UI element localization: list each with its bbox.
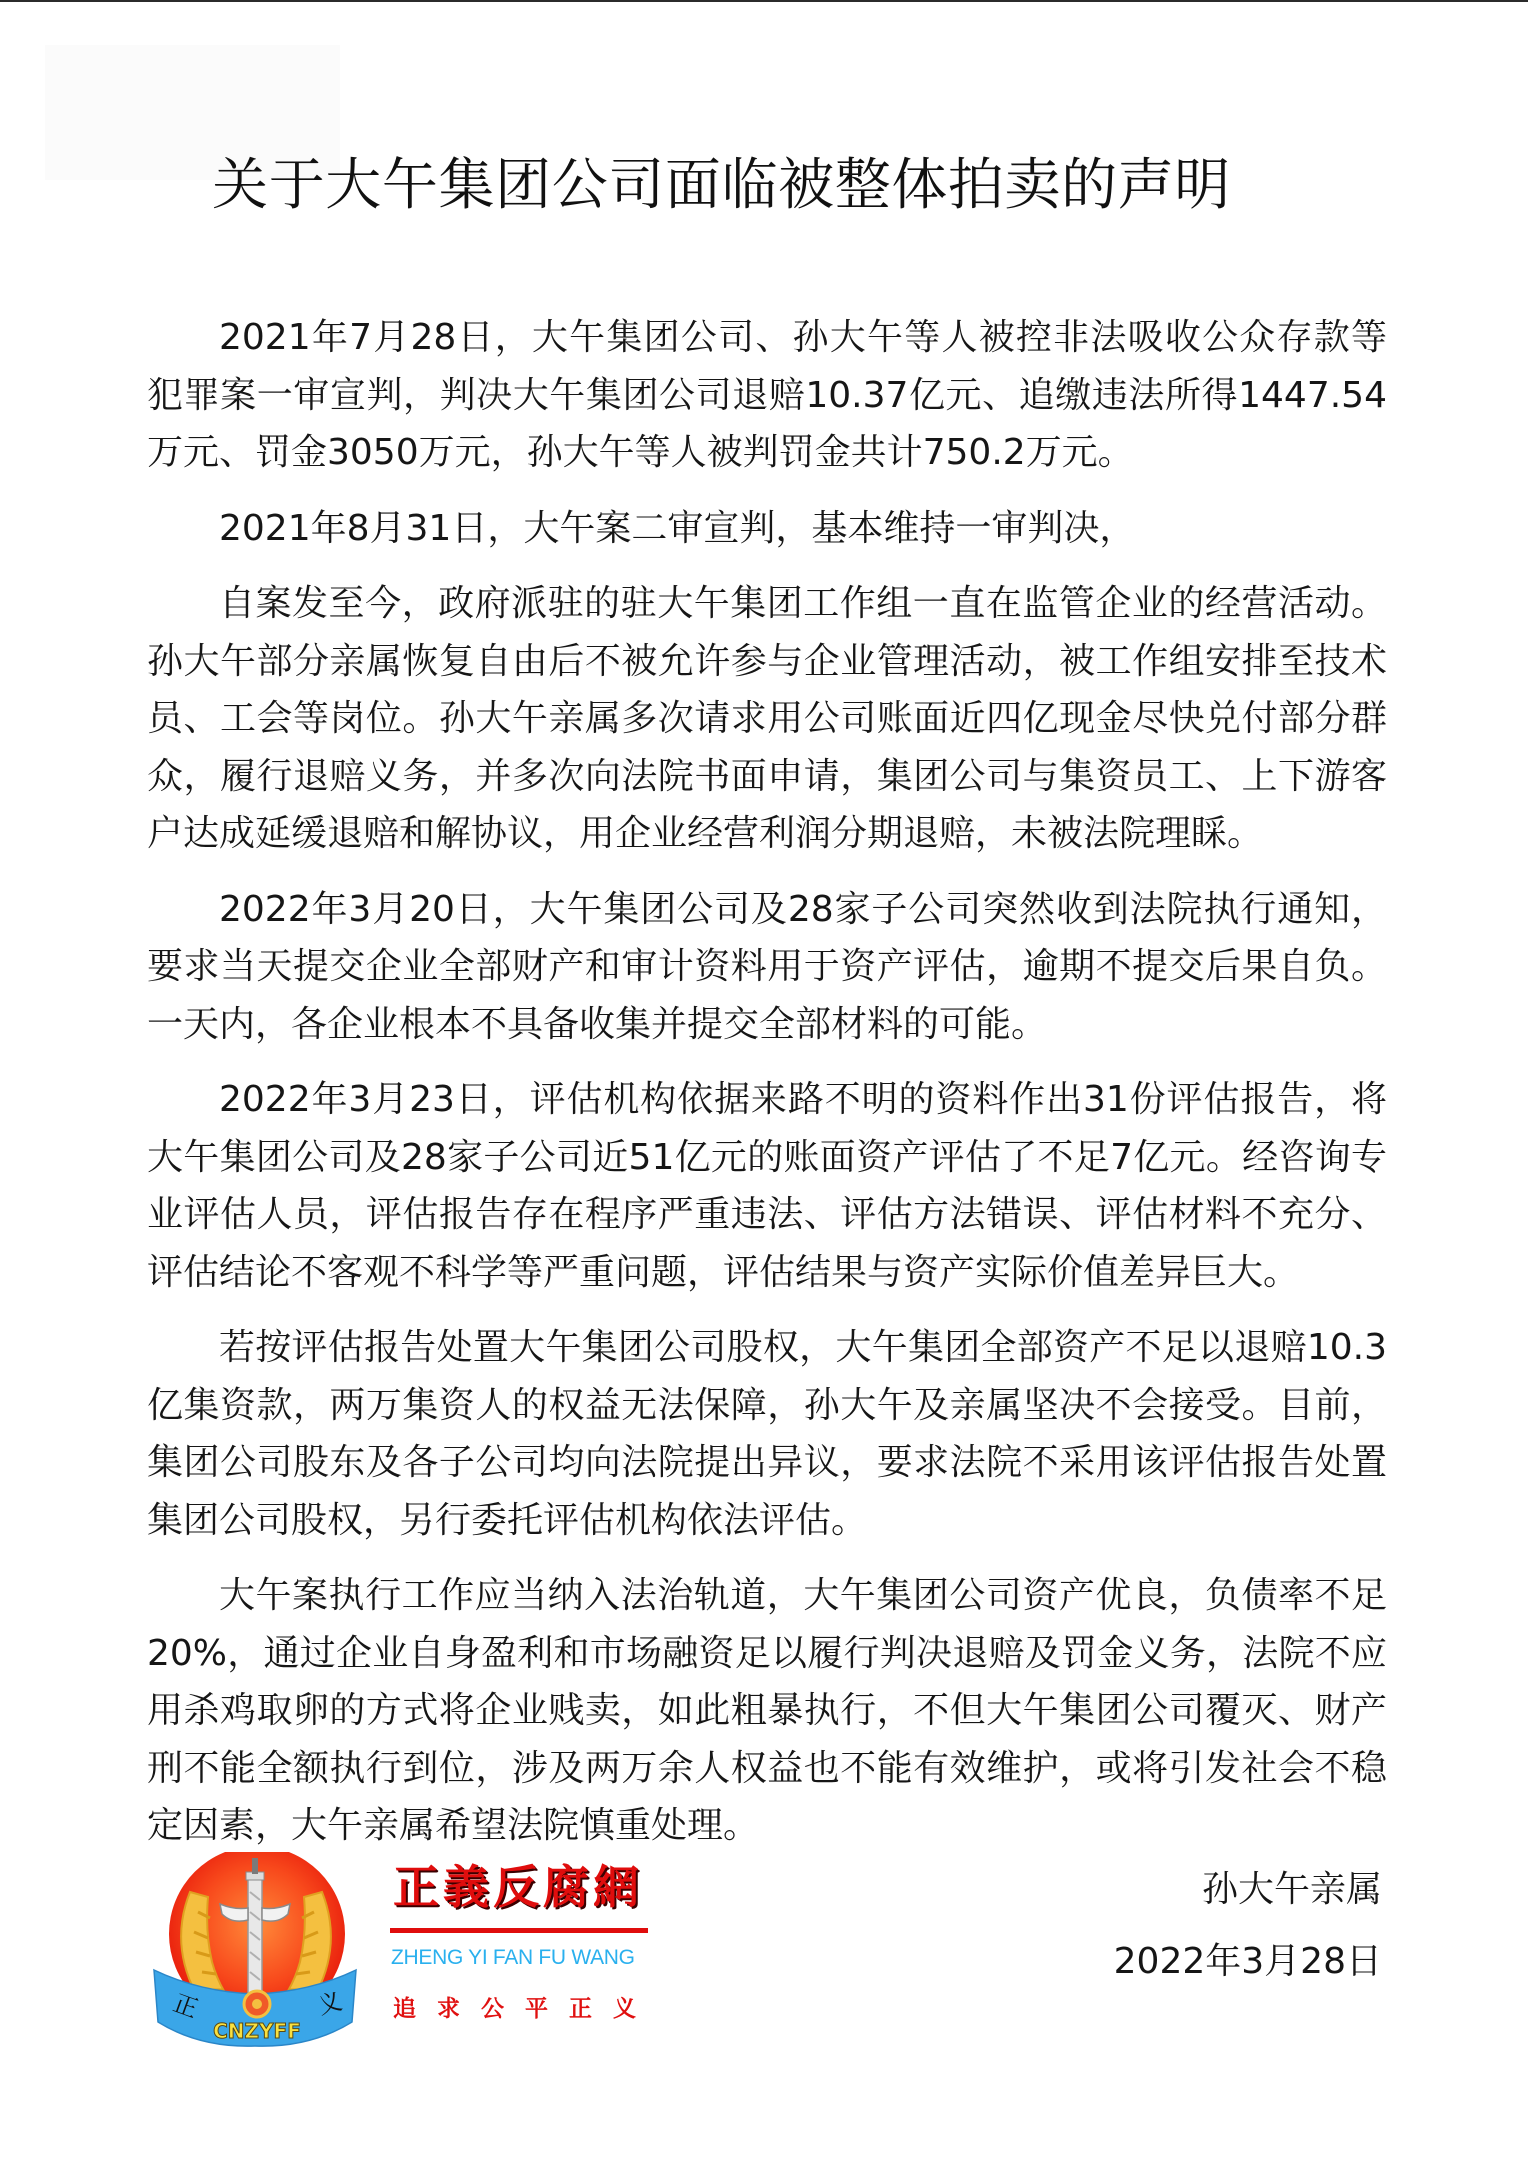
document-body: 2021年7月28日，大午集团公司、孙大午等人被控非法吸收公众存款等犯罪案一审宣… [147,309,1387,1873]
paragraph-appeal: 大午案执行工作应当纳入法治轨道，大午集团公司资产优良，负债率不足20%，通过企业… [147,1567,1387,1855]
logo-slogan: 追求公平正义 [393,1994,651,2024]
document-title: 关于大午集团公司面临被整体拍卖的声明 [0,150,1443,222]
paragraph-second-trial: 2021年8月31日，大午案二审宣判，基本维持一审判决， [147,500,1387,558]
paragraph-execution-notice: 2022年3月20日，大午集团公司及28家子公司突然收到法院执行通知，要求当天提… [147,881,1387,1054]
logo-site-name: 正義反腐網 [393,1860,649,1914]
signature-date: 2022年3月28日 [1114,1938,1382,1986]
watermark-logo: 正 义 CNZYFF 正義反腐網 ZHENG YI FAN FU WANG 追求… [150,1852,660,2048]
top-edge-bar [0,0,1528,2]
logo-divider [390,1928,648,1933]
paragraph-appraisal-report: 2022年3月23日，评估机构依据来路不明的资料作出31份评估报告，将大午集团公… [147,1071,1387,1301]
svg-text:CNZYFF: CNZYFF [213,2019,301,2043]
emblem-icon: 正 义 CNZYFF [150,1852,360,2048]
paragraph-first-trial: 2021年7月28日，大午集团公司、孙大午等人被控非法吸收公众存款等犯罪案一审宣… [147,309,1387,482]
paragraph-objection: 若按评估报告处置大午集团公司股权，大午集团全部资产不足以退赔10.3亿集资款，两… [147,1319,1387,1549]
signature-block: 孙大午亲属 2022年3月28日 [1114,1866,1382,1986]
paragraph-work-group: 自案发至今，政府派驻的驻大午集团工作组一直在监管企业的经营活动。孙大午部分亲属恢… [147,575,1387,863]
logo-pinyin: ZHENG YI FAN FU WANG [391,1945,649,1971]
signature-name: 孙大午亲属 [1114,1866,1382,1914]
